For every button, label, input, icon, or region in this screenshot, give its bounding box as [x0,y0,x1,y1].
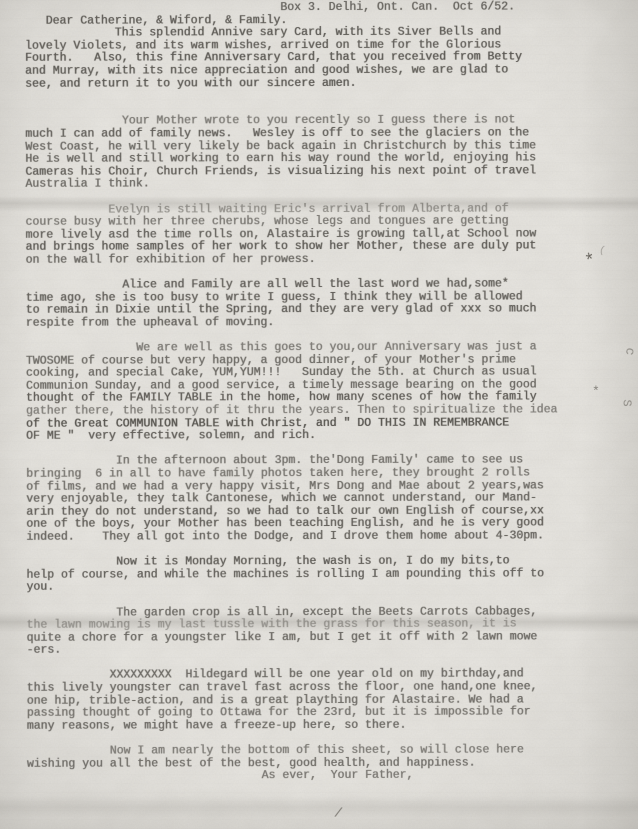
letter-line: on the wall for exhibition of her prowes… [26,253,632,267]
letter-line: Australia I think. [25,178,631,192]
letter-line: OF ME " very effective, solemn, and rich… [26,429,632,443]
letter-line: -ers. [27,643,633,657]
letter-line: many reasons, we might have a freeze-up … [27,719,633,733]
letter-line: see, and return it to you with our since… [25,77,631,91]
crease-mark [0,796,638,818]
letter-line: indeed. They all got into the Dodge, and… [26,530,632,544]
letter-line: respite from the upheaval of moving. [26,316,632,330]
scanned-letter-page: Box 3. Delhi, Ont. Can. Oct 6/52. Dear C… [0,0,638,829]
letter-body-text: Box 3. Delhi, Ont. Can. Oct 6/52. Dear C… [25,1,633,783]
letter-line: you. [26,581,632,595]
letter-line: As ever, Your Father, [27,769,633,783]
ink-margin-mark: / [333,805,344,822]
